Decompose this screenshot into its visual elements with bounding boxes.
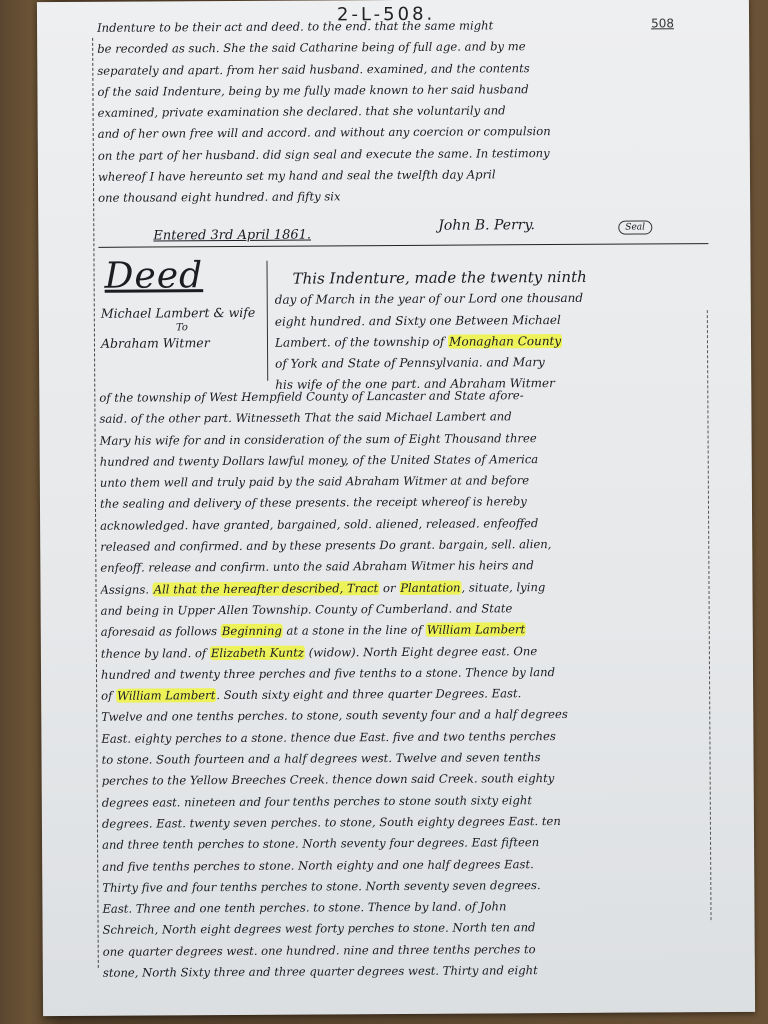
text-line: of York and State of Pennsylvania. and M… <box>275 351 707 375</box>
section-divider <box>98 243 708 248</box>
signature: John B. Perry. <box>438 217 535 234</box>
previous-record-text: Indenture to be their act and deed. to t… <box>97 14 710 209</box>
seal-mark: Seal <box>618 220 652 234</box>
highlighted-text: Monaghan County <box>448 334 562 349</box>
grantee-name: Abraham Witmer <box>101 333 263 354</box>
deed-opening-text: This Indenture, made the twenty ninth da… <box>275 266 708 396</box>
text-line: eight hundred. and Sixty one Between Mic… <box>275 309 707 333</box>
deed-body-text: of the township of West Hempfield County… <box>99 384 715 984</box>
deed-title: Deed <box>104 255 203 297</box>
text-line: stone, North Sixty three and three quart… <box>103 959 715 984</box>
column-divider <box>266 261 268 381</box>
document-page: 2-L-508. 508 Indenture to be their act a… <box>37 0 755 1016</box>
text-line: one thousand eight hundred. and fifty si… <box>98 184 710 209</box>
grantor-name: Michael Lambert & wife <box>101 303 263 324</box>
entered-date: Entered 3rd April 1861. <box>153 228 311 244</box>
text-fragment: Lambert. of the township of <box>275 335 448 350</box>
text-line: This Indenture, made the twenty ninth <box>275 266 707 290</box>
text-line: Lambert. of the township of Monaghan Cou… <box>275 330 707 354</box>
text-line: day of March in the year of our Lord one… <box>275 287 707 311</box>
deed-parties: Michael Lambert & wife To Abraham Witmer <box>101 303 263 354</box>
